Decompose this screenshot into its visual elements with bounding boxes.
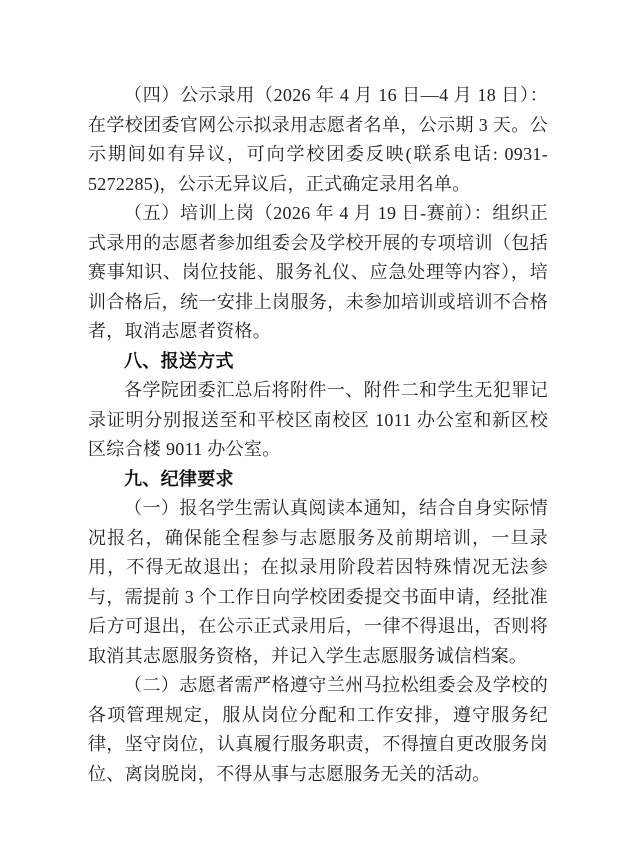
heading-submission-method: 八、报送方式 <box>88 347 548 377</box>
paragraph-training-onboarding: （五）培训上岗（2026 年 4 月 19 日-赛前）：组织正式录用的志愿者参加… <box>88 199 548 347</box>
document-page: （四）公示录用（2026 年 4 月 16 日—4 月 18 日）：在学校团委官… <box>0 0 632 866</box>
paragraph-submission-method: 各学院团委汇总后将附件一、附件二和学生无犯罪记录证明分别报送至和平校区南校区 1… <box>88 376 548 465</box>
paragraph-public-announcement: （四）公示录用（2026 年 4 月 16 日—4 月 18 日）：在学校团委官… <box>88 81 548 199</box>
paragraph-discipline-rule-1: （一）报名学生需认真阅读本通知，结合自身实际情况报名，确保能全程参与志愿服务及前… <box>88 494 548 671</box>
document-body: （四）公示录用（2026 年 4 月 16 日—4 月 18 日）：在学校团委官… <box>88 81 548 789</box>
paragraph-discipline-rule-2: （二）志愿者需严格遵守兰州马拉松组委会及学校的各项管理规定，服从岗位分配和工作安… <box>88 671 548 789</box>
heading-discipline-requirements: 九、纪律要求 <box>88 465 548 495</box>
